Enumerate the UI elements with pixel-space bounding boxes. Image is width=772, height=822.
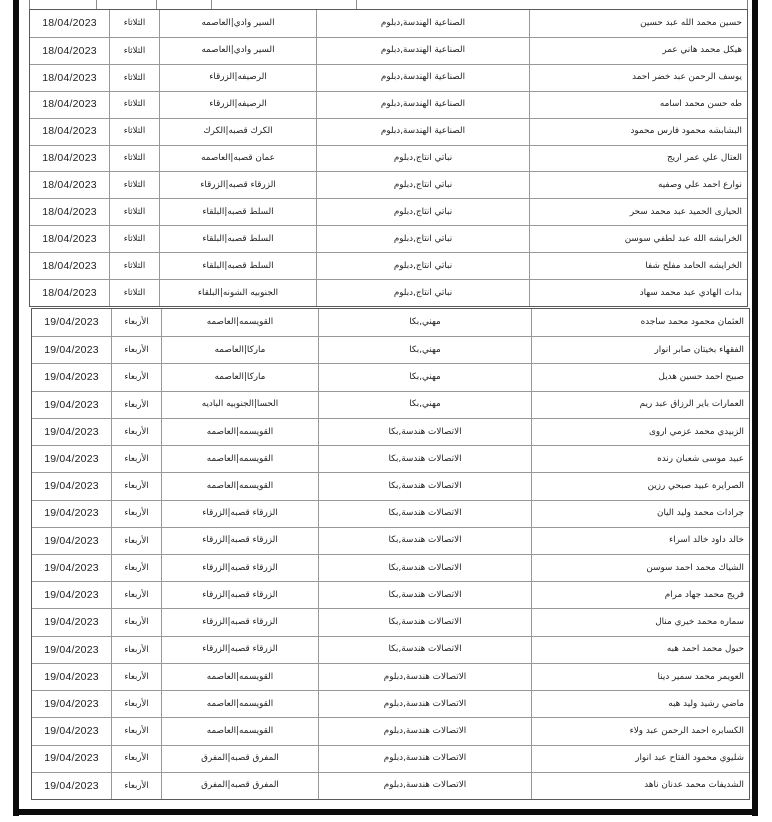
cell-location: الكرك‎|‎قصبه‎ ‎الكرك <box>159 118 316 145</box>
cell-date: 19‎/‎04‎/‎2023 <box>32 690 111 717</box>
cell-day: الأربعاء <box>111 500 161 527</box>
cell-qualification: دبلوم‎,‎الهندسة‎ ‎الصناعية <box>316 37 529 64</box>
cell-name: اسامه‎ ‎محمد‎ ‎حسن‎ ‎طه <box>529 91 747 118</box>
cell-name: هبه‎ ‎احمد‎ ‎محمد‎ ‎حبول <box>531 636 749 663</box>
cell-date: 18‎/‎04‎/‎2023 <box>30 171 109 198</box>
cell-qualification: دبلوم‎,‎انتاج‎ ‎نباتي <box>316 171 529 198</box>
cell-location: المفرق‎|‎قصبه‎ ‎المفرق <box>161 772 318 799</box>
cell-name: ولاء‎ ‎عبد‎ ‎الرحمن‎ ‎احمد‎ ‎الكسابره <box>531 717 749 744</box>
cell-date: 19‎/‎04‎/‎2023 <box>32 608 111 635</box>
cell-qualification: دبلوم‎,‎هندسة‎ ‎الاتصالات <box>318 717 531 744</box>
cell-location: العاصمه‎|‎ماركا <box>161 336 318 363</box>
cell-name: ريم‎ ‎عبد‎ ‎الرزاق‎ ‎باير‎ ‎العمارات <box>531 391 749 418</box>
cell-name: مرام‎ ‎جهاد‎ ‎محمد‎ ‎فريج <box>531 581 749 608</box>
cell-qualification: دبلوم‎,‎انتاج‎ ‎نباتي <box>316 279 529 306</box>
cell-qualification: بكا‎,‎هندسة‎ ‎الاتصالات <box>318 636 531 663</box>
cell-day: الأربعاء <box>111 309 161 336</box>
cell-name: احمد‎ ‎خضر‎ ‎عبد‎ ‎الرحمن‎ ‎يوسف <box>529 64 747 91</box>
cell-name: رزين‎ ‎صبحي‎ ‎عبيد‎ ‎الصرايره <box>531 472 749 499</box>
page-border-right <box>752 0 758 816</box>
cell-qualification: دبلوم‎,‎هندسة‎ ‎الاتصالات <box>318 745 531 772</box>
cell-date: 19‎/‎04‎/‎2023 <box>32 717 111 744</box>
cell-qualification: بكا‎,‎مهني <box>318 309 531 336</box>
cell-qualification: دبلوم‎,‎هندسة‎ ‎الاتصالات <box>318 772 531 799</box>
cell-location: العاصمه‎|‎القويسمه <box>161 445 318 472</box>
cell-day: الثلاثاء <box>109 91 159 118</box>
cell-day: الثلاثاء <box>109 118 159 145</box>
cell-date: 18‎/‎04‎/‎2023 <box>30 118 109 145</box>
page-border-left <box>13 0 19 816</box>
cell-day: الأربعاء <box>111 745 161 772</box>
cell-day: الثلاثاء <box>109 252 159 279</box>
cell-date: 19‎/‎04‎/‎2023 <box>32 500 111 527</box>
cell-date: 19‎/‎04‎/‎2023 <box>32 636 111 663</box>
cell-qualification: بكا‎,‎هندسة‎ ‎الاتصالات <box>318 581 531 608</box>
cell-qualification: دبلوم‎,‎انتاج‎ ‎نباتي <box>316 198 529 225</box>
cell-location: الزرقاء‎|‎قصبه‎ ‎الزرقاء <box>161 527 318 554</box>
cell-name: اريج‎ ‎عمر‎ ‎علي‎ ‎العتال <box>529 145 747 172</box>
partial-grid-line <box>356 0 357 9</box>
cell-day: الأربعاء <box>111 363 161 390</box>
cell-day: الأربعاء <box>111 772 161 799</box>
cell-qualification: دبلوم‎,‎الهندسة‎ ‎الصناعية <box>316 10 529 37</box>
cell-day: الثلاثاء <box>109 279 159 306</box>
cell-date: 19‎/‎04‎/‎2023 <box>32 581 111 608</box>
cell-qualification: بكا‎,‎هندسة‎ ‎الاتصالات <box>318 445 531 472</box>
cell-day: الأربعاء <box>111 336 161 363</box>
cell-day: الثلاثاء <box>109 171 159 198</box>
cell-location: العاصمه‎|‎وادي‎ ‎السير <box>159 37 316 64</box>
cell-date: 18‎/‎04‎/‎2023 <box>30 252 109 279</box>
cell-date: 18‎/‎04‎/‎2023 <box>30 64 109 91</box>
cell-date: 19‎/‎04‎/‎2023 <box>32 336 111 363</box>
cell-day: الثلاثاء <box>109 10 159 37</box>
partial-grid-line <box>96 0 97 9</box>
cell-date: 19‎/‎04‎/‎2023 <box>32 445 111 472</box>
cell-name: محمود‎ ‎فارس‎ ‎محمود‎ ‎البشابشه <box>529 118 747 145</box>
cell-day: الثلاثاء <box>109 225 159 252</box>
cell-name: انوار‎ ‎صابر‎ ‎بخيتان‎ ‎الفقهاء <box>531 336 749 363</box>
cell-date: 18‎/‎04‎/‎2023 <box>30 279 109 306</box>
schedule-table-group-1: 18‎/‎04‎/‎2023الثلاثاءالعاصمه‎|‎وادي‎ ‎ا… <box>29 9 748 307</box>
cell-qualification: بكا‎,‎هندسة‎ ‎الاتصالات <box>318 554 531 581</box>
cell-name: ناهد‎ ‎عدنان‎ ‎محمد‎ ‎الشديفات <box>531 772 749 799</box>
cell-day: الأربعاء <box>111 554 161 581</box>
cell-name: اروى‎ ‎عزمي‎ ‎محمد‎ ‎الزبيدي <box>531 418 749 445</box>
cell-qualification: بكا‎,‎مهني <box>318 363 531 390</box>
cell-location: الزرقاء‎|‎قصبه‎ ‎الزرقاء <box>159 171 316 198</box>
cell-date: 18‎/‎04‎/‎2023 <box>30 145 109 172</box>
cell-day: الأربعاء <box>111 690 161 717</box>
cell-day: الأربعاء <box>111 472 161 499</box>
cell-date: 18‎/‎04‎/‎2023 <box>30 225 109 252</box>
cell-name: سوسن‎ ‎احمد‎ ‎محمد‎ ‎الشياك <box>531 554 749 581</box>
cell-day: الثلاثاء <box>109 145 159 172</box>
cell-location: العاصمه‎|‎القويسمه <box>161 472 318 499</box>
cell-location: العاصمه‎|‎وادي‎ ‎السير <box>159 10 316 37</box>
cell-location: الزرقاء‎|‎قصبه‎ ‎الزرقاء <box>161 581 318 608</box>
cell-location: المفرق‎|‎قصبه‎ ‎المفرق <box>161 745 318 772</box>
cell-qualification: دبلوم‎,‎انتاج‎ ‎نباتي <box>316 252 529 279</box>
cell-date: 19‎/‎04‎/‎2023 <box>32 363 111 390</box>
cell-date: 19‎/‎04‎/‎2023 <box>32 554 111 581</box>
cell-day: الأربعاء <box>111 527 161 554</box>
cell-day: الثلاثاء <box>109 198 159 225</box>
cell-name: انوار‎ ‎عبد‎ ‎الفتاح‎ ‎محمود‎ ‎شليوي <box>531 745 749 772</box>
cell-date: 19‎/‎04‎/‎2023 <box>32 418 111 445</box>
cell-location: العاصمه‎|‎القويسمه <box>161 663 318 690</box>
cell-name: سوسن‎ ‎لطفي‎ ‎عبد‎ ‎الله‎ ‎الخرابشه <box>529 225 747 252</box>
cell-date: 19‎/‎04‎/‎2023 <box>32 772 111 799</box>
cell-date: 19‎/‎04‎/‎2023 <box>32 527 111 554</box>
cell-location: الباديه‎ ‎الجنوبيه‎|‎الحسا <box>161 391 318 418</box>
cell-qualification: دبلوم‎,‎هندسة‎ ‎الاتصالات <box>318 690 531 717</box>
cell-qualification: دبلوم‎,‎الهندسة‎ ‎الصناعية <box>316 91 529 118</box>
partial-grid-line <box>211 0 212 9</box>
schedule-table-group-2: 19‎/‎04‎/‎2023الأربعاءالعاصمه‎|‎القويسمه… <box>31 308 750 800</box>
cell-date: 18‎/‎04‎/‎2023 <box>30 198 109 225</box>
cell-name: وصفيه‎ ‎علي‎ ‎احمد‎ ‎نوارع <box>529 171 747 198</box>
cell-qualification: بكا‎,‎هندسة‎ ‎الاتصالات <box>318 608 531 635</box>
cell-qualification: بكا‎,‎مهني <box>318 336 531 363</box>
cell-qualification: دبلوم‎,‎هندسة‎ ‎الاتصالات <box>318 663 531 690</box>
cell-name: دينا‎ ‎سمير‎ ‎محمد‎ ‎العويمر <box>531 663 749 690</box>
cell-location: العاصمه‎|‎القويسمه <box>161 309 318 336</box>
cell-location: البلقاء‎|‎قصبه‎ ‎السلط <box>159 225 316 252</box>
cell-location: الزرقاء‎|‎الرصيفه <box>159 64 316 91</box>
cell-date: 18‎/‎04‎/‎2023 <box>30 37 109 64</box>
cell-qualification: بكا‎,‎هندسة‎ ‎الاتصالات <box>318 418 531 445</box>
cell-day: الأربعاء <box>111 608 161 635</box>
cell-name: اسراء‎ ‎خالد‎ ‎داود‎ ‎خالد <box>531 527 749 554</box>
cell-location: الزرقاء‎|‎قصبه‎ ‎الزرقاء <box>161 554 318 581</box>
cell-qualification: دبلوم‎,‎انتاج‎ ‎نباتي <box>316 145 529 172</box>
cell-name: حسين‎ ‎عبد‎ ‎الله‎ ‎محمد‎ ‎حسين <box>529 10 747 37</box>
cell-qualification: دبلوم‎,‎الهندسة‎ ‎الصناعية <box>316 118 529 145</box>
cell-day: الأربعاء <box>111 636 161 663</box>
cell-name: ساجده‎ ‎محمد‎ ‎محمود‎ ‎العثمان <box>531 309 749 336</box>
cell-day: الأربعاء <box>111 663 161 690</box>
cell-name: اليان‎ ‎وليد‎ ‎محمد‎ ‎جرادات <box>531 500 749 527</box>
cell-location: العاصمه‎|‎قصبه‎ ‎عمان <box>159 145 316 172</box>
cell-day: الثلاثاء <box>109 64 159 91</box>
cell-location: العاصمه‎|‎ماركا <box>161 363 318 390</box>
cell-name: سهاد‎ ‎محمد‎ ‎عبد‎ ‎الهادي‎ ‎بدات <box>529 279 747 306</box>
cell-day: الأربعاء <box>111 717 161 744</box>
cell-location: البلقاء‎|‎قصبه‎ ‎السلط <box>159 198 316 225</box>
cell-date: 18‎/‎04‎/‎2023 <box>30 91 109 118</box>
cell-day: الأربعاء <box>111 581 161 608</box>
cell-qualification: دبلوم‎,‎انتاج‎ ‎نباتي <box>316 225 529 252</box>
cell-location: الزرقاء‎|‎قصبه‎ ‎الزرقاء <box>161 608 318 635</box>
cell-location: البلقاء‎|‎قصبه‎ ‎السلط <box>159 252 316 279</box>
cell-location: الزرقاء‎|‎الرصيفه <box>159 91 316 118</box>
cell-name: عمر‎ ‎هاني‎ ‎محمد‎ ‎هيكل <box>529 37 747 64</box>
cell-location: الزرقاء‎|‎قصبه‎ ‎الزرقاء <box>161 636 318 663</box>
cell-day: الأربعاء <box>111 391 161 418</box>
cell-name: سحر‎ ‎محمد‎ ‎عبد‎ ‎الحميد‎ ‎الحيارى <box>529 198 747 225</box>
cell-date: 19‎/‎04‎/‎2023 <box>32 663 111 690</box>
cell-qualification: بكا‎,‎هندسة‎ ‎الاتصالات <box>318 500 531 527</box>
cell-date: 19‎/‎04‎/‎2023 <box>32 472 111 499</box>
cell-name: منال‎ ‎خيري‎ ‎محمد‎ ‎سماره <box>531 608 749 635</box>
cell-name: رنده‎ ‎شعبان‎ ‎موسى‎ ‎عبيد <box>531 445 749 472</box>
cell-qualification: دبلوم‎,‎الهندسة‎ ‎الصناعية <box>316 64 529 91</box>
partial-grid-line <box>156 0 157 9</box>
cell-qualification: بكا‎,‎مهني <box>318 391 531 418</box>
cell-name: شفا‎ ‎مفلح‎ ‎الحامد‎ ‎الخرايشه <box>529 252 747 279</box>
cell-qualification: بكا‎,‎هندسة‎ ‎الاتصالات <box>318 527 531 554</box>
cell-qualification: بكا‎,‎هندسة‎ ‎الاتصالات <box>318 472 531 499</box>
cell-location: البلقاء‎|‎الشونه‎ ‎الجنوبيه <box>159 279 316 306</box>
cell-date: 19‎/‎04‎/‎2023 <box>32 309 111 336</box>
cell-date: 19‎/‎04‎/‎2023 <box>32 745 111 772</box>
cell-date: 19‎/‎04‎/‎2023 <box>32 391 111 418</box>
page-border-bottom <box>13 809 758 815</box>
cell-day: الثلاثاء <box>109 37 159 64</box>
cell-date: 18‎/‎04‎/‎2023 <box>30 10 109 37</box>
cell-location: العاصمه‎|‎القويسمه <box>161 717 318 744</box>
cell-location: العاصمه‎|‎القويسمه <box>161 418 318 445</box>
cell-name: هبه‎ ‎وليد‎ ‎رشيد‎ ‎ماضي <box>531 690 749 717</box>
cell-location: الزرقاء‎|‎قصبه‎ ‎الزرقاء <box>161 500 318 527</box>
cell-day: الأربعاء <box>111 418 161 445</box>
cell-name: هديل‎ ‎حسين‎ ‎احمد‎ ‎صبيح <box>531 363 749 390</box>
cell-location: العاصمه‎|‎القويسمه <box>161 690 318 717</box>
cell-day: الأربعاء <box>111 445 161 472</box>
